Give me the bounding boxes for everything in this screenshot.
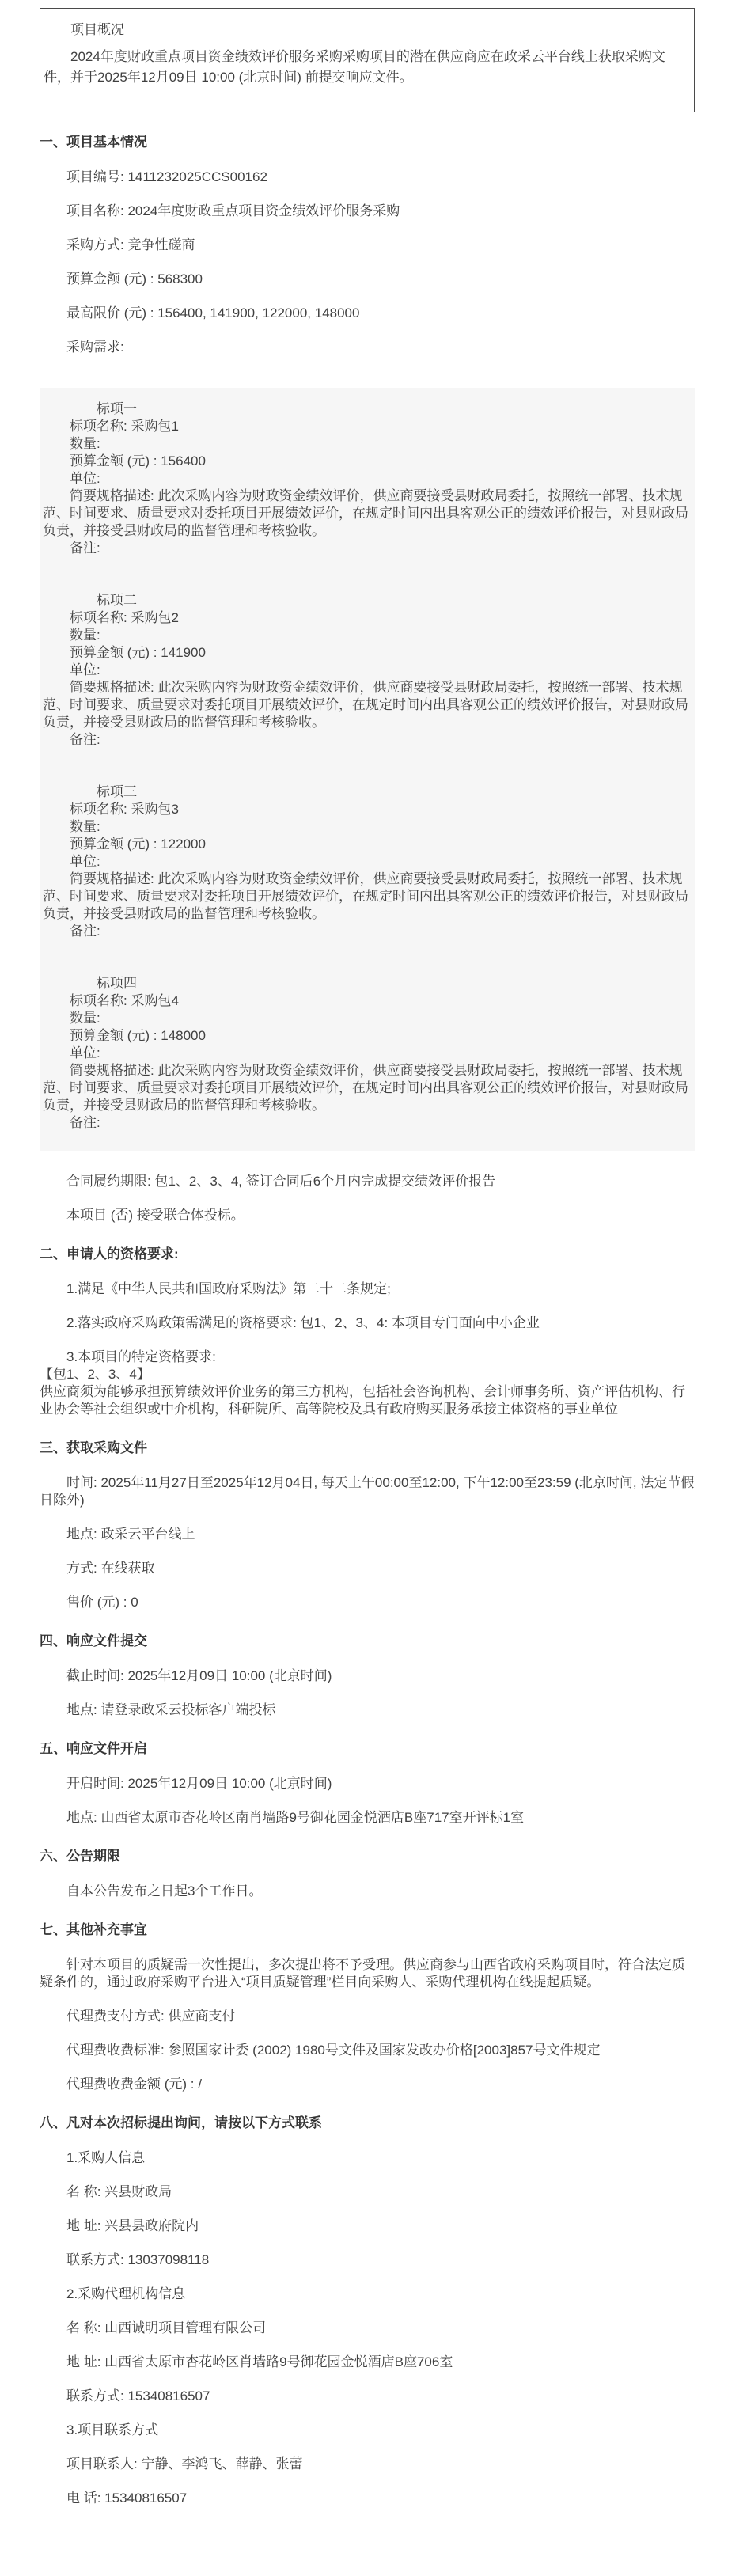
field-value: 2025年12月09日 10:00 (北京时间) xyxy=(127,1776,332,1791)
qualification-supplier-line: 供应商须为能够承担预算绩效评价业务的第三方机构，包括社会咨询机构、会计师事务所、… xyxy=(40,1383,695,1418)
field-label: 简要规格描述: xyxy=(70,488,157,503)
lot-unit-line: 单位: xyxy=(43,662,692,679)
lot-block-3: 标项三 标项名称: 采购包3 数量: 预算金额 (元) : 122000 单位:… xyxy=(43,783,692,940)
overview-title: 项目概况 xyxy=(44,20,691,40)
agency-name-line: 名 称: 山西诚明项目管理有限公司 xyxy=(40,2320,695,2337)
lot-block-2: 标项二 标项名称: 采购包2 数量: 预算金额 (元) : 141900 单位:… xyxy=(43,592,692,749)
field-project-name: 项目名称: 2024年度财政重点项目资金绩效评价服务采购 xyxy=(40,203,695,220)
field-value: 采购包2 xyxy=(131,610,178,625)
field-value: 156400 xyxy=(161,453,206,469)
obtain-price-line: 售价 (元) : 0 xyxy=(40,1594,695,1611)
field-label: 联系方式: xyxy=(66,2388,127,2403)
submit-deadline-line: 截止时间: 2025年12月09日 10:00 (北京时间) xyxy=(40,1667,695,1685)
section-heading-contact: 八、凡对本次招标提出询问，请按以下方式联系 xyxy=(40,2114,695,2133)
qualification-item-1: 1.满足《中华人民共和国政府采购法》第二十二条规定; xyxy=(40,1280,695,1298)
field-label: 时间: xyxy=(66,1475,100,1490)
joint-bid-line: 本项目 (否) 接受联合体投标。 xyxy=(40,1207,695,1224)
field-label: 标项名称: xyxy=(70,610,131,625)
lot-spec-description: 简要规格描述: 此次采购内容为财政资金绩效评价，供应商要接受县财政局委托，按照统… xyxy=(43,679,692,731)
field-label: 地点: xyxy=(66,1527,100,1542)
field-label: 联系方式: xyxy=(66,2252,127,2267)
section-heading-other-matters: 七、其他补充事宜 xyxy=(40,1921,695,1940)
procurement-demand-block: 标项一 标项名称: 采购包1 数量: 预算金额 (元) : 156400 单位:… xyxy=(40,388,695,1151)
field-label: 方式: xyxy=(66,1561,100,1576)
lot-block-4: 标项四 标项名称: 采购包4 数量: 预算金额 (元) : 148000 单位:… xyxy=(43,975,692,1132)
field-label: 简要规格描述: xyxy=(70,680,157,695)
contact-group-title-agency: 2.采购代理机构信息 xyxy=(40,2286,695,2303)
field-label: 预算金额 (元) : xyxy=(66,271,157,286)
procurement-announcement-page: 项目概况 2024年度财政重点项目资金绩效评价服务采购采购项目的潜在供应商应在政… xyxy=(0,0,743,2576)
field-value: 竞争性磋商 xyxy=(127,237,195,252)
field-value: 568300 xyxy=(157,271,203,286)
lot-number: 标项一 xyxy=(43,400,692,418)
field-label: 合同履约期限: xyxy=(66,1174,154,1189)
field-label: 名 称: xyxy=(66,2320,104,2335)
field-value: 山西省太原市杏花岭区南肖墙路9号御花园金悦酒店B座717室开评标1室 xyxy=(100,1810,524,1825)
open-place-line: 地点: 山西省太原市杏花岭区南肖墙路9号御花园金悦酒店B座717室开评标1室 xyxy=(40,1809,695,1827)
section-heading-basic-info: 一、项目基本情况 xyxy=(40,133,695,152)
field-label: 采购方式: xyxy=(66,237,127,252)
field-procurement-method: 采购方式: 竞争性磋商 xyxy=(40,237,695,254)
field-value: 156400, 141900, 122000, 148000 xyxy=(157,305,359,321)
field-label: 标项名称: xyxy=(70,802,131,817)
agency-address-line: 地 址: 山西省太原市杏花岭区肖墙路9号御花园金悦酒店B座706室 xyxy=(40,2354,695,2371)
lot-unit-line: 单位: xyxy=(43,1045,692,1062)
lot-remark-line: 备注: xyxy=(43,540,692,557)
lot-number: 标项四 xyxy=(43,975,692,992)
field-value: 采购包4 xyxy=(131,993,178,1008)
lot-budget-line: 预算金额 (元) : 156400 xyxy=(43,453,692,470)
overview-body: 2024年度财政重点项目资金绩效评价服务采购采购项目的潜在供应商应在政采云平台线… xyxy=(44,47,691,88)
project-phone-line: 电 话: 15340816507 xyxy=(40,2490,695,2507)
section-heading-response-open: 五、响应文件开启 xyxy=(40,1739,695,1758)
field-value: 148000 xyxy=(161,1028,206,1043)
field-value: 采购包1 xyxy=(131,419,178,434)
field-label: 地点: xyxy=(66,1810,100,1825)
field-max-price: 最高限价 (元) : 156400, 141900, 122000, 14800… xyxy=(40,305,695,322)
field-label: 代理费收费标准: xyxy=(66,2043,168,2058)
lot-spec-description: 简要规格描述: 此次采购内容为财政资金绩效评价，供应商要接受县财政局委托，按照统… xyxy=(43,871,692,923)
field-value: 供应商支付 xyxy=(168,2009,235,2024)
qualification-bracket-line: 【包1、2、3、4】 xyxy=(40,1366,695,1383)
obtain-place-line: 地点: 政采云平台线上 xyxy=(40,1526,695,1543)
field-value: 兴县财政局 xyxy=(104,2184,172,2199)
field-label: 电 话: xyxy=(66,2491,104,2506)
contact-group-title-purchaser: 1.采购人信息 xyxy=(40,2149,695,2167)
purchaser-name-line: 名 称: 兴县财政局 xyxy=(40,2183,695,2201)
field-value: 2025年12月09日 10:00 (北京时间) xyxy=(127,1668,332,1683)
lot-block-1: 标项一 标项名称: 采购包1 数量: 预算金额 (元) : 156400 单位:… xyxy=(43,400,692,557)
field-budget-amount: 预算金额 (元) : 568300 xyxy=(40,271,695,288)
project-contacts-line: 项目联系人: 宁静、李鸿飞、薛静、张蕾 xyxy=(40,2456,695,2473)
field-label: 预算金额 (元) : xyxy=(70,645,161,660)
announcement-period-line: 自本公告发布之日起3个工作日。 xyxy=(40,1883,695,1900)
lot-budget-line: 预算金额 (元) : 148000 xyxy=(43,1027,692,1045)
field-value: 采购包3 xyxy=(131,802,178,817)
lot-number: 标项三 xyxy=(43,783,692,801)
field-label: 地 址: xyxy=(66,2218,104,2233)
field-value: 政采云平台线上 xyxy=(100,1527,195,1542)
field-value: 0 xyxy=(131,1595,138,1610)
lot-name-line: 标项名称: 采购包2 xyxy=(43,609,692,627)
open-time-line: 开启时间: 2025年12月09日 10:00 (北京时间) xyxy=(40,1775,695,1793)
agency-phone-line: 联系方式: 15340816507 xyxy=(40,2388,695,2405)
field-value: 兴县县政府院内 xyxy=(104,2218,199,2233)
field-value: 山西诚明项目管理有限公司 xyxy=(104,2320,266,2335)
field-value: 宁静、李鸿飞、薛静、张蕾 xyxy=(141,2456,302,2472)
field-value: 1411232025CCS00162 xyxy=(127,169,267,184)
section-heading-qualification: 二、申请人的资格要求: xyxy=(40,1245,695,1264)
field-label: 售价 (元) : xyxy=(66,1595,131,1610)
purchaser-address-line: 地 址: 兴县县政府院内 xyxy=(40,2217,695,2235)
field-label: 预算金额 (元) : xyxy=(70,837,161,852)
qualification-item-2: 2.落实政府采购政策需满足的资格要求: 包1、2、3、4: 本项目专门面向中小企… xyxy=(40,1315,695,1332)
lot-qty-line: 数量: xyxy=(43,1010,692,1027)
field-label: 开启时间: xyxy=(66,1776,127,1791)
field-label: 截止时间: xyxy=(66,1668,127,1683)
field-value: 山西省太原市杏花岭区肖墙路9号御花园金悦酒店B座706室 xyxy=(104,2354,453,2369)
other-query-paragraph: 针对本项目的质疑需一次性提出，多次提出将不予受理。供应商参与山西省政府采购项目时… xyxy=(40,1956,695,1991)
field-label: 简要规格描述: xyxy=(70,871,157,886)
field-value: 15340816507 xyxy=(104,2491,187,2506)
field-value: 2025年11月27日至2025年12月04日, 每天上午00:00至12:00… xyxy=(40,1475,694,1508)
project-overview-box: 项目概况 2024年度财政重点项目资金绩效评价服务采购采购项目的潜在供应商应在政… xyxy=(40,8,695,112)
field-label: 最高限价 (元) : xyxy=(66,305,157,321)
lot-spec-description: 简要规格描述: 此次采购内容为财政资金绩效评价，供应商要接受县财政局委托，按照统… xyxy=(43,1062,692,1114)
field-label: 预算金额 (元) : xyxy=(70,453,161,469)
field-label: 地点: xyxy=(66,1702,100,1717)
purchaser-phone-line: 联系方式: 13037098118 xyxy=(40,2252,695,2269)
field-value: 请登录政采云投标客户端投标 xyxy=(100,1702,275,1717)
contract-term-line: 合同履约期限: 包1、2、3、4, 签订合同后6个月内完成提交绩效评价报告 xyxy=(40,1173,695,1190)
lot-remark-line: 备注: xyxy=(43,731,692,749)
field-label: 标项名称: xyxy=(70,419,131,434)
lot-unit-line: 单位: xyxy=(43,470,692,488)
field-value: 参照国家计委 (2002) 1980号文件及国家发改办价格[2003]857号文… xyxy=(168,2043,600,2058)
lot-name-line: 标项名称: 采购包1 xyxy=(43,418,692,435)
obtain-time-line: 时间: 2025年11月27日至2025年12月04日, 每天上午00:00至1… xyxy=(40,1474,695,1509)
section-heading-obtain-documents: 三、获取采购文件 xyxy=(40,1439,695,1458)
field-label: 标项名称: xyxy=(70,993,131,1008)
obtain-method-line: 方式: 在线获取 xyxy=(40,1560,695,1577)
field-label: 采购需求: xyxy=(66,340,124,355)
lot-spec-description: 简要规格描述: 此次采购内容为财政资金绩效评价，供应商要接受县财政局委托，按照统… xyxy=(43,488,692,540)
section-heading-announcement-period: 六、公告期限 xyxy=(40,1847,695,1866)
lot-budget-line: 预算金额 (元) : 141900 xyxy=(43,644,692,662)
lot-remark-line: 备注: xyxy=(43,1114,692,1132)
qualification-specific-group: 3.本项目的特定资格要求: 【包1、2、3、4】 供应商须为能够承担预算绩效评价… xyxy=(40,1349,695,1418)
field-label: 简要规格描述: xyxy=(70,1063,157,1078)
submit-place-line: 地点: 请登录政采云投标客户端投标 xyxy=(40,1702,695,1719)
lot-qty-line: 数量: xyxy=(43,818,692,836)
lot-number: 标项二 xyxy=(43,592,692,609)
qualification-item-3: 3.本项目的特定资格要求: xyxy=(40,1349,695,1366)
field-label: 代理费支付方式: xyxy=(66,2009,168,2024)
lot-budget-line: 预算金额 (元) : 122000 xyxy=(43,836,692,853)
field-label: 代理费收费金额 (元) : xyxy=(66,2077,198,2092)
section-heading-response-submit: 四、响应文件提交 xyxy=(40,1632,695,1651)
lot-unit-line: 单位: xyxy=(43,853,692,871)
field-label: 预算金额 (元) : xyxy=(70,1028,161,1043)
lot-qty-line: 数量: xyxy=(43,627,692,644)
field-label: 地 址: xyxy=(66,2354,104,2369)
field-value: 15340816507 xyxy=(127,2388,210,2403)
field-project-no: 项目编号: 1411232025CCS00162 xyxy=(40,169,695,186)
agency-fee-amount-line: 代理费收费金额 (元) : / xyxy=(40,2076,695,2093)
field-label: 项目联系人: xyxy=(66,2456,141,2472)
field-label: 名 称: xyxy=(66,2184,104,2199)
field-value: 在线获取 xyxy=(100,1561,154,1576)
lot-name-line: 标项名称: 采购包4 xyxy=(43,992,692,1010)
field-value: 141900 xyxy=(161,645,206,660)
field-value: / xyxy=(198,2077,202,2092)
field-value: 13037098118 xyxy=(127,2252,209,2267)
field-value: 122000 xyxy=(161,837,206,852)
field-procurement-demand: 采购需求: xyxy=(40,339,695,356)
field-value: 2024年度财政重点项目资金绩效评价服务采购 xyxy=(127,203,400,218)
contact-group-title-project: 3.项目联系方式 xyxy=(40,2422,695,2439)
agency-fee-payment-line: 代理费支付方式: 供应商支付 xyxy=(40,2008,695,2025)
lot-qty-line: 数量: xyxy=(43,435,692,453)
field-label: 项目编号: xyxy=(66,169,127,184)
lot-remark-line: 备注: xyxy=(43,923,692,940)
field-label: 项目名称: xyxy=(66,203,127,218)
field-value: 包1、2、3、4, 签订合同后6个月内完成提交绩效评价报告 xyxy=(154,1174,495,1189)
agency-fee-standard-line: 代理费收费标准: 参照国家计委 (2002) 1980号文件及国家发改办价格[2… xyxy=(40,2042,695,2059)
lot-name-line: 标项名称: 采购包3 xyxy=(43,801,692,818)
